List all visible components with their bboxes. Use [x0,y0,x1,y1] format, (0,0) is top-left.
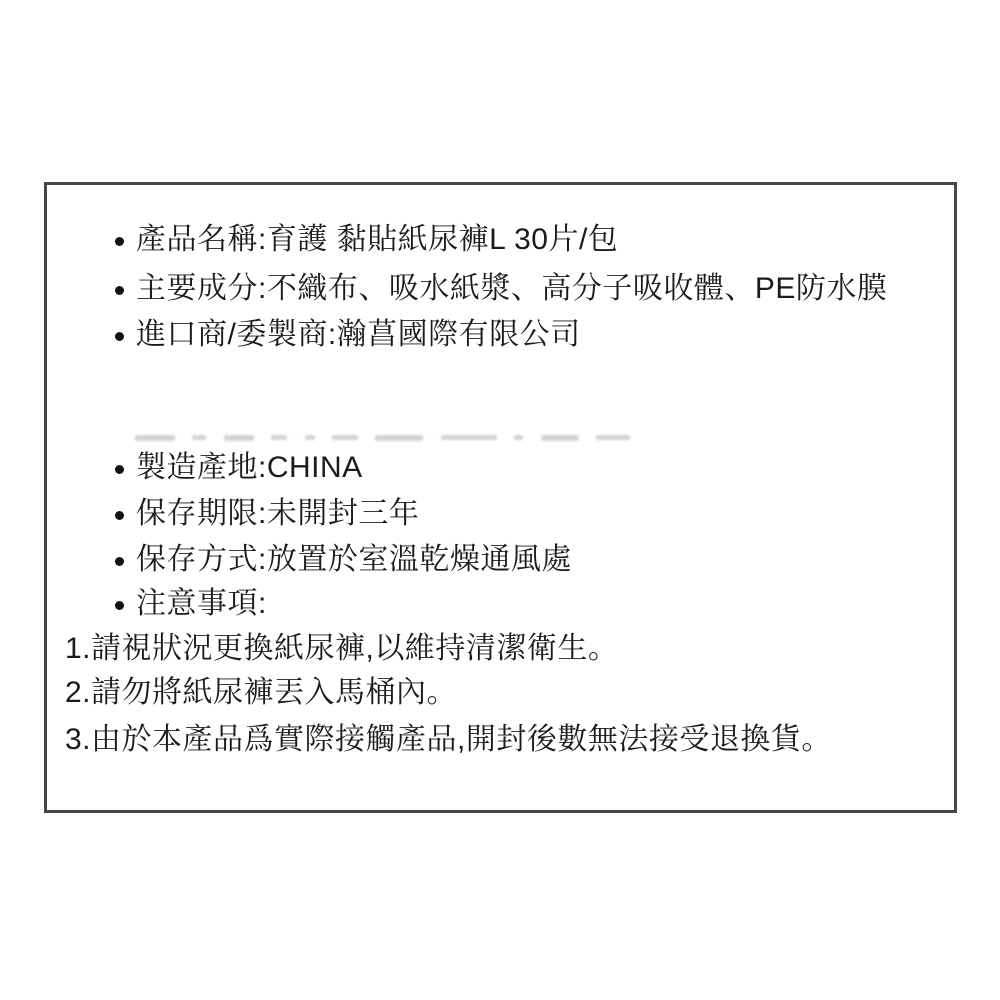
bullet-icon [115,557,124,566]
list-item-text: 保存方式:放置於室溫乾燥通風處 [136,540,572,580]
page: { "page": { "background": "#ffffff", "te… [0,0,1000,1000]
list-item-text: 產品名稱:育護 黏貼紙尿褲L 30片/包 [136,220,618,260]
list-item-product-name: 產品名稱:育護 黏貼紙尿褲L 30片/包 [115,220,618,260]
note-item-2: 2.請勿將紙尿褲丟入馬桶內。 [65,673,457,713]
note-text: 3.由於本產品爲實際接觸產品,開封後數無法接受退換貨。 [65,720,832,760]
note-item-1: 1.請視狀況更換紙尿褲,以維持清潔衛生。 [65,629,618,669]
note-item-3: 3.由於本產品爲實際接觸產品,開封後數無法接受退換貨。 [65,720,832,760]
list-item-text: 進口商/委製商:瀚菖國際有限公司 [136,315,581,355]
product-info-box: 產品名稱:育護 黏貼紙尿褲L 30片/包 主要成分:不織布、吸水紙漿、高分子吸收… [44,182,957,813]
list-item-ingredients: 主要成分:不織布、吸水紙漿、高分子吸收體、PE防水膜 [115,269,887,309]
note-text: 1.請視狀況更換紙尿褲,以維持清潔衛生。 [65,629,618,669]
list-item-text: 主要成分:不織布、吸水紙漿、高分子吸收體、PE防水膜 [136,269,887,309]
bullet-icon [115,511,124,520]
list-item-storage: 保存方式:放置於室溫乾燥通風處 [115,540,572,580]
list-item-shelf-life: 保存期限:未開封三年 [115,494,419,534]
bullet-icon [115,332,124,341]
note-text: 2.請勿將紙尿褲丟入馬桶內。 [65,673,457,713]
list-item-text: 製造產地:CHINA [136,448,363,488]
list-item-importer: 進口商/委製商:瀚菖國際有限公司 [115,315,581,355]
redacted-text-smudge [135,433,630,442]
list-item-precautions-heading: 注意事項: [115,584,267,624]
list-item-text: 注意事項: [136,584,267,624]
bullet-icon [115,237,124,246]
bullet-icon [115,286,124,295]
list-item-origin: 製造產地:CHINA [115,448,363,488]
list-item-text: 保存期限:未開封三年 [136,494,419,534]
bullet-icon [115,465,124,474]
bullet-icon [115,601,124,610]
